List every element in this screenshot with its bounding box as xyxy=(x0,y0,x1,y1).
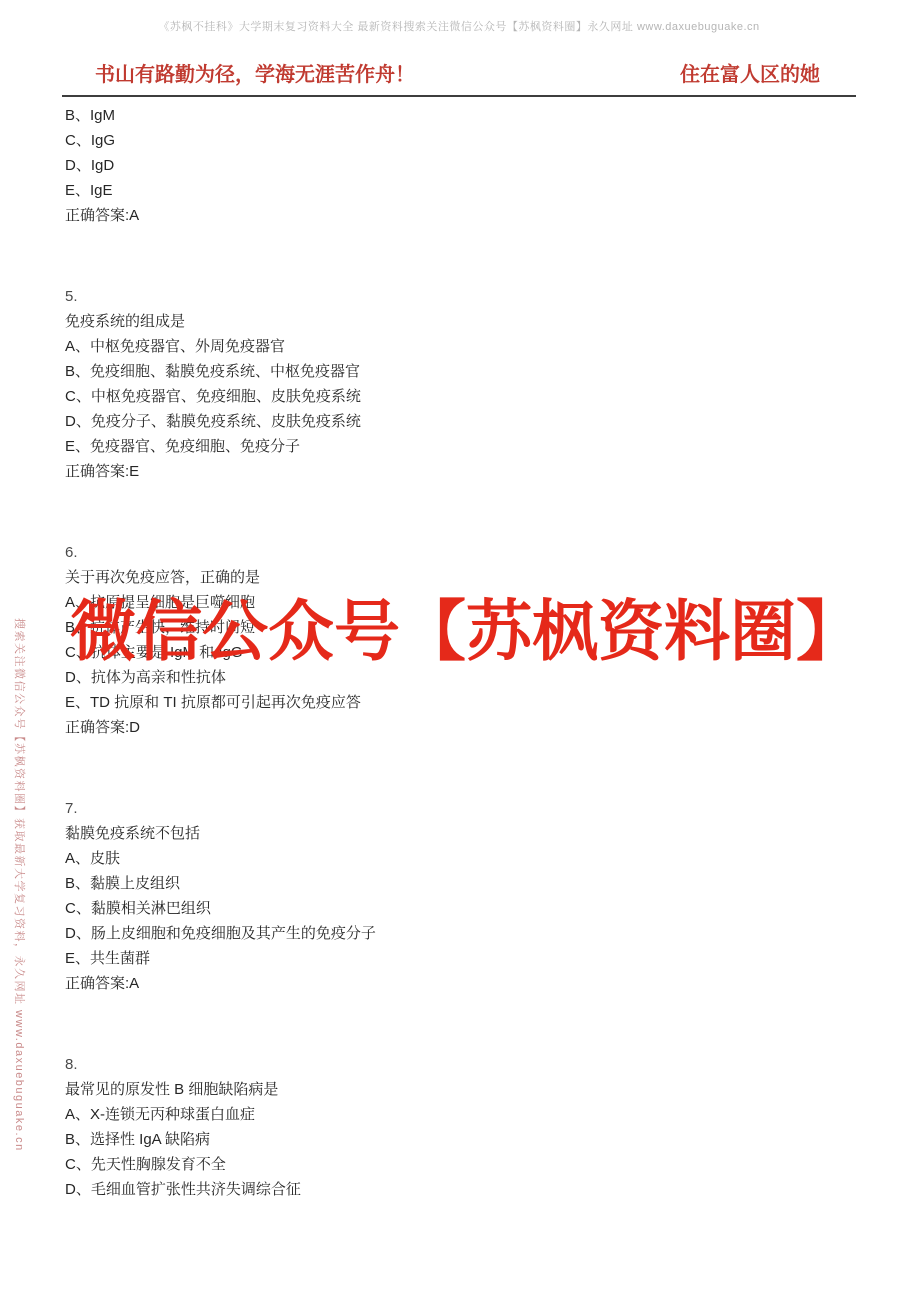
question-block: B、IgMC、IgGD、IgDE、IgE 正确答案:A xyxy=(65,103,878,228)
question-answer: 正确答案:E xyxy=(65,459,878,484)
question-block: 7. 黏膜免疫系统不包括 A、皮肤B、黏膜上皮组织C、黏膜相关淋巴组织D、肠上皮… xyxy=(65,796,878,996)
header-divider xyxy=(62,95,856,97)
question-option: D、毛细血管扩张性共济失调综合征 xyxy=(65,1177,878,1202)
question-option: B、免疫细胞、黏膜免疫系统、中枢免疫器官 xyxy=(65,359,878,384)
question-number: 7. xyxy=(65,796,878,821)
question-option: C、抗体主要是 IgM 和 IgG xyxy=(65,640,878,665)
question-block: 5. 免疫系统的组成是 A、中枢免疫器官、外周免疫器官B、免疫细胞、黏膜免疫系统… xyxy=(65,284,878,484)
motto-text: 书山有路勤为径，学海无涯苦作舟！ xyxy=(95,58,415,87)
question-stem: 最常见的原发性 B 细胞缺陷病是 xyxy=(65,1077,878,1102)
question-option: D、免疫分子、黏膜免疫系统、皮肤免疫系统 xyxy=(65,409,878,434)
document-title: 住在富人区的她 xyxy=(680,58,820,87)
watermark-side-vertical: 搜索关注微信公众号【苏枫资料圈】获取最新大学复习资料，永久网址 www.daxu… xyxy=(12,618,28,1152)
question-option: A、皮肤 xyxy=(65,846,878,871)
question-option: D、肠上皮细胞和免疫细胞及其产生的免疫分子 xyxy=(65,921,878,946)
question-option: C、中枢免疫器官、免疫细胞、皮肤免疫系统 xyxy=(65,384,878,409)
question-option: E、共生菌群 xyxy=(65,946,878,971)
question-block: 6. 关于再次免疫应答，正确的是 A、抗原提呈细胞是巨噬细胞B、抗体产生快，维持… xyxy=(65,540,878,740)
question-option: C、先天性胸腺发育不全 xyxy=(65,1152,878,1177)
document-page: 《苏枫不挂科》大学期末复习资料大全 最新资料搜索关注微信公众号【苏枫资料圈】永久… xyxy=(0,0,918,1298)
question-option: B、IgM xyxy=(65,103,878,128)
question-options: A、抗原提呈细胞是巨噬细胞B、抗体产生快，维持时间短C、抗体主要是 IgM 和 … xyxy=(65,590,878,715)
site-header-note: 《苏枫不挂科》大学期末复习资料大全 最新资料搜索关注微信公众号【苏枫资料圈】永久… xyxy=(0,18,918,34)
question-list: B、IgMC、IgGD、IgDE、IgE 正确答案:A 5. 免疫系统的组成是 … xyxy=(65,103,878,1258)
question-answer: 正确答案:D xyxy=(65,715,878,740)
question-option: E、免疫器官、免疫细胞、免疫分子 xyxy=(65,434,878,459)
page-header: 书山有路勤为径，学海无涯苦作舟！ 住在富人区的她 xyxy=(95,58,820,87)
question-number: 5. xyxy=(65,284,878,309)
question-number: 8. xyxy=(65,1052,878,1077)
question-answer: 正确答案:A xyxy=(65,203,878,228)
question-number: 6. xyxy=(65,540,878,565)
question-answer: 正确答案:A xyxy=(65,971,878,996)
question-options: A、X-连锁无丙种球蛋白血症B、选择性 IgA 缺陷病C、先天性胸腺发育不全D、… xyxy=(65,1102,878,1202)
question-stem: 免疫系统的组成是 xyxy=(65,309,878,334)
question-option: B、抗体产生快，维持时间短 xyxy=(65,615,878,640)
question-options: A、中枢免疫器官、外周免疫器官B、免疫细胞、黏膜免疫系统、中枢免疫器官C、中枢免… xyxy=(65,334,878,459)
question-stem: 关于再次免疫应答，正确的是 xyxy=(65,565,878,590)
question-option: A、中枢免疫器官、外周免疫器官 xyxy=(65,334,878,359)
question-option: C、黏膜相关淋巴组织 xyxy=(65,896,878,921)
question-option: A、X-连锁无丙种球蛋白血症 xyxy=(65,1102,878,1127)
question-block: 8. 最常见的原发性 B 细胞缺陷病是 A、X-连锁无丙种球蛋白血症B、选择性 … xyxy=(65,1052,878,1202)
question-option: B、选择性 IgA 缺陷病 xyxy=(65,1127,878,1152)
question-option: D、抗体为高亲和性抗体 xyxy=(65,665,878,690)
question-option: A、抗原提呈细胞是巨噬细胞 xyxy=(65,590,878,615)
question-option: E、TD 抗原和 TI 抗原都可引起再次免疫应答 xyxy=(65,690,878,715)
question-option: D、IgD xyxy=(65,153,878,178)
question-options: B、IgMC、IgGD、IgDE、IgE xyxy=(65,103,878,203)
question-options: A、皮肤B、黏膜上皮组织C、黏膜相关淋巴组织D、肠上皮细胞和免疫细胞及其产生的免… xyxy=(65,846,878,971)
question-option: C、IgG xyxy=(65,128,878,153)
question-option: B、黏膜上皮组织 xyxy=(65,871,878,896)
question-stem: 黏膜免疫系统不包括 xyxy=(65,821,878,846)
question-option: E、IgE xyxy=(65,178,878,203)
